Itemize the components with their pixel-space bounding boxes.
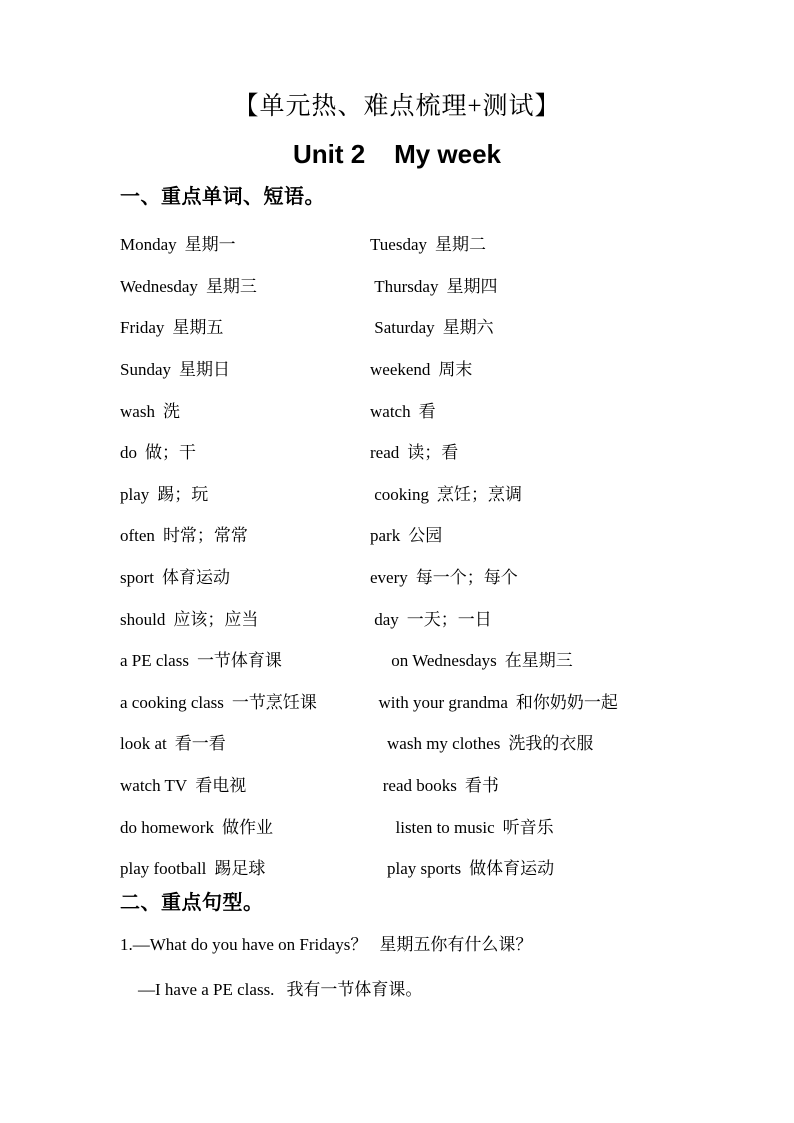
word-row: Friday星期五 Saturday星期六 bbox=[120, 305, 794, 347]
word-pair-right: every每一个；每个 bbox=[370, 563, 518, 588]
word-en: Sunday bbox=[120, 360, 171, 379]
word-zh: 一节体育课 bbox=[197, 651, 282, 670]
sentence-en: —I have a PE class. bbox=[138, 980, 274, 999]
word-en: with your grandma bbox=[370, 693, 508, 712]
word-zh: 烹饪；烹调 bbox=[437, 485, 522, 504]
word-zh: 听音乐 bbox=[503, 818, 554, 837]
section-sentences-heading: 二、重点句型。 bbox=[120, 890, 794, 916]
word-row: a cooking class一节烹饪课 with your grandma和你… bbox=[120, 680, 794, 722]
word-pair-left: watch TV看电视 bbox=[120, 771, 370, 796]
word-row: sport体育运动 every每一个；每个 bbox=[120, 555, 794, 597]
word-en: play sports bbox=[370, 859, 461, 878]
word-row: wash洗 watch看 bbox=[120, 388, 794, 430]
word-zh: 公园 bbox=[408, 526, 442, 545]
sentence-zh: 星期五你有什么课？ bbox=[379, 935, 532, 954]
word-zh: 做；干 bbox=[145, 443, 196, 462]
word-en: park bbox=[370, 526, 400, 545]
word-pair-right: read books看书 bbox=[370, 771, 499, 796]
word-en: Tuesday bbox=[370, 235, 427, 254]
word-zh: 星期四 bbox=[446, 277, 497, 296]
word-pair-right: day一天；一日 bbox=[370, 605, 492, 630]
word-pair-right: on Wednesdays在星期三 bbox=[370, 646, 573, 671]
word-en: Monday bbox=[120, 235, 177, 254]
word-pair-right: weekend周末 bbox=[370, 355, 472, 380]
word-pair-right: cooking烹饪；烹调 bbox=[370, 480, 522, 505]
word-pair-right: with your grandma和你奶奶一起 bbox=[370, 688, 618, 713]
word-en: every bbox=[370, 568, 408, 587]
word-pair-right: Thursday星期四 bbox=[370, 272, 497, 297]
word-zh: 星期二 bbox=[435, 235, 486, 254]
word-pair-right: read读；看 bbox=[370, 438, 458, 463]
word-pair-left: do做；干 bbox=[120, 438, 370, 463]
word-zh: 时常；常常 bbox=[163, 526, 248, 545]
word-zh: 洗我的衣服 bbox=[508, 734, 593, 753]
word-zh: 每一个；每个 bbox=[416, 568, 518, 587]
word-en: look at bbox=[120, 734, 167, 753]
word-zh: 看书 bbox=[465, 776, 499, 795]
word-en: Friday bbox=[120, 318, 164, 337]
word-zh: 星期三 bbox=[206, 277, 257, 296]
word-pair-right: listen to music听音乐 bbox=[370, 813, 554, 838]
sentence-zh: 我有一节体育课。 bbox=[286, 980, 422, 999]
word-zh: 看电视 bbox=[195, 776, 246, 795]
word-en: watch bbox=[370, 402, 411, 421]
word-en: wash my clothes bbox=[370, 734, 500, 753]
word-zh: 踢足球 bbox=[214, 859, 265, 878]
word-row: do做；干 read读；看 bbox=[120, 430, 794, 472]
word-pair-left: wash洗 bbox=[120, 397, 370, 422]
word-row: Monday星期一 Tuesday星期二 bbox=[120, 222, 794, 264]
word-zh: 在星期三 bbox=[505, 651, 573, 670]
word-zh: 星期日 bbox=[179, 360, 230, 379]
word-pair-right: watch看 bbox=[370, 397, 436, 422]
word-zh: 星期五 bbox=[172, 318, 223, 337]
word-zh: 应该；应当 bbox=[173, 610, 258, 629]
word-en: listen to music bbox=[370, 818, 495, 837]
word-pair-left: do homework做作业 bbox=[120, 813, 370, 838]
word-zh: 洗 bbox=[163, 402, 180, 421]
word-zh: 一天；一日 bbox=[407, 610, 492, 629]
word-pair-right: Tuesday星期二 bbox=[370, 230, 486, 255]
word-row: should应该；应当 day一天；一日 bbox=[120, 596, 794, 638]
section-words-heading: 一、重点单词、短语。 bbox=[120, 184, 794, 210]
word-en: play bbox=[120, 485, 149, 504]
word-pair-right: wash my clothes洗我的衣服 bbox=[370, 729, 593, 754]
word-zh: 看一看 bbox=[175, 734, 226, 753]
page-title: 【单元热、难点梳理+测试】 bbox=[0, 87, 794, 127]
unit-title: Unit 2 My week bbox=[0, 137, 794, 171]
word-en: play football bbox=[120, 859, 206, 878]
word-list: Monday星期一 Tuesday星期二 Wednesday星期三 Thursd… bbox=[120, 222, 794, 888]
word-row: play football踢足球 play sports做体育运动 bbox=[120, 846, 794, 888]
word-row: do homework做作业 listen to music听音乐 bbox=[120, 804, 794, 846]
word-row: Sunday星期日 weekend周末 bbox=[120, 347, 794, 389]
word-zh: 看 bbox=[419, 402, 436, 421]
word-en: day bbox=[370, 610, 399, 629]
sentence-answer: —I have a PE class.我有一节体育课。 bbox=[138, 977, 794, 1003]
document-page: 【单元热、难点梳理+测试】 Unit 2 My week 一、重点单词、短语。 … bbox=[0, 0, 794, 1123]
word-pair-left: a PE class一节体育课 bbox=[120, 646, 370, 671]
word-pair-left: Friday星期五 bbox=[120, 313, 370, 338]
word-pair-right: Saturday星期六 bbox=[370, 313, 494, 338]
word-pair-left: Wednesday星期三 bbox=[120, 272, 370, 297]
word-zh: 踢；玩 bbox=[157, 485, 208, 504]
word-en: weekend bbox=[370, 360, 430, 379]
word-pair-left: play踢；玩 bbox=[120, 480, 370, 505]
word-en: a PE class bbox=[120, 651, 189, 670]
word-row: a PE class一节体育课 on Wednesdays在星期三 bbox=[120, 638, 794, 680]
word-row: play踢；玩 cooking烹饪；烹调 bbox=[120, 472, 794, 514]
word-en: Wednesday bbox=[120, 277, 198, 296]
word-pair-left: Monday星期一 bbox=[120, 230, 370, 255]
word-zh: 星期一 bbox=[185, 235, 236, 254]
word-en: sport bbox=[120, 568, 154, 587]
word-zh: 一节烹饪课 bbox=[232, 693, 317, 712]
word-en: Saturday bbox=[370, 318, 435, 337]
word-pair-left: often时常；常常 bbox=[120, 521, 370, 546]
word-pair-left: sport体育运动 bbox=[120, 563, 370, 588]
word-zh: 和你奶奶一起 bbox=[516, 693, 618, 712]
word-en: cooking bbox=[370, 485, 429, 504]
word-row: often时常；常常 park公园 bbox=[120, 513, 794, 555]
word-en: watch TV bbox=[120, 776, 187, 795]
word-zh: 体育运动 bbox=[162, 568, 230, 587]
word-en: often bbox=[120, 526, 155, 545]
word-pair-left: look at看一看 bbox=[120, 729, 370, 754]
word-en: read books bbox=[370, 776, 457, 795]
word-en: do bbox=[120, 443, 137, 462]
sentence-list: 1.—What do you have on Fridays？星期五你有什么课？… bbox=[120, 932, 794, 1003]
word-pair-right: park公园 bbox=[370, 521, 442, 546]
word-pair-left: Sunday星期日 bbox=[120, 355, 370, 380]
word-row: look at看一看 wash my clothes洗我的衣服 bbox=[120, 721, 794, 763]
word-en: should bbox=[120, 610, 165, 629]
word-en: a cooking class bbox=[120, 693, 224, 712]
word-zh: 做体育运动 bbox=[469, 859, 554, 878]
word-zh: 做作业 bbox=[222, 818, 273, 837]
word-pair-left: should应该；应当 bbox=[120, 605, 370, 630]
word-en: read bbox=[370, 443, 399, 462]
word-en: wash bbox=[120, 402, 155, 421]
sentence-question: 1.—What do you have on Fridays？星期五你有什么课？ bbox=[120, 932, 794, 958]
word-row: watch TV看电视 read books看书 bbox=[120, 763, 794, 805]
word-pair-left: play football踢足球 bbox=[120, 854, 370, 879]
word-en: do homework bbox=[120, 818, 214, 837]
word-en: Thursday bbox=[370, 277, 438, 296]
word-pair-left: a cooking class一节烹饪课 bbox=[120, 688, 370, 713]
word-pair-right: play sports做体育运动 bbox=[370, 854, 554, 879]
word-row: Wednesday星期三 Thursday星期四 bbox=[120, 264, 794, 306]
word-zh: 星期六 bbox=[443, 318, 494, 337]
word-zh: 周末 bbox=[438, 360, 472, 379]
word-en: on Wednesdays bbox=[370, 651, 497, 670]
word-zh: 读；看 bbox=[407, 443, 458, 462]
sentence-en: 1.—What do you have on Fridays？ bbox=[120, 935, 367, 954]
